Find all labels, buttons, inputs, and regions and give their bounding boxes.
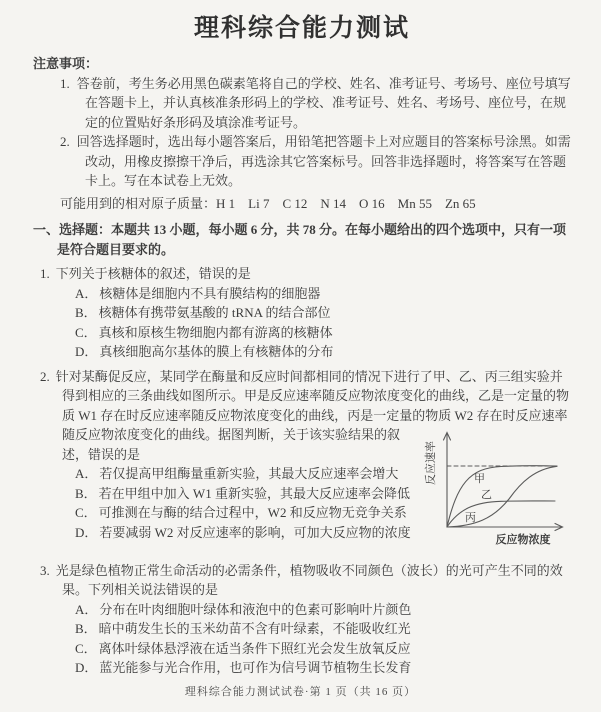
- question-number: 2.: [40, 369, 50, 384]
- option-b: B．核糖体有携带氨基酸的 tRNA 的结合部位: [100, 303, 571, 323]
- option-a: A．分布在叶肉细胞叶绿体和液泡中的色素可影响叶片颜色: [100, 600, 571, 620]
- question-stem-text: 下列关于核糖体的叙述，错误的是: [56, 266, 251, 281]
- option-text: 可推测在与酶的结合过程中，W2 和反应物无竞争关系: [99, 505, 407, 520]
- option-c: C．离体叶绿体悬浮液在适当条件下照红光会发生放氧反应: [100, 639, 571, 659]
- option-text: 若在甲组中加入 W1 重新实验，其最大反应速率会降低: [99, 486, 410, 501]
- notice-item-number: 2.: [60, 134, 70, 149]
- question-stem: 3.光是绿色植物正常生命活动的必需条件，植物吸收不同颜色（波长）的光可产生不同的…: [62, 561, 571, 600]
- x-axis-label: 反应物浓度: [496, 532, 551, 546]
- question-stem: 2.针对某酶促反应，某同学在酶量和反应时间都相同的情况下进行了甲、乙、丙三组实验…: [62, 367, 571, 465]
- curve-label-yi: 乙: [481, 488, 492, 501]
- y-axis-label: 反应速率: [423, 441, 437, 485]
- option-label: C．: [75, 505, 97, 520]
- option-label: B．: [75, 621, 97, 636]
- option-text: 核糖体是细胞内不具有膜结构的细胞器: [99, 286, 320, 301]
- question-stem-text: 光是绿色植物正常生命活动的必需条件，植物吸收不同颜色（波长）的光可产生不同的效果…: [56, 563, 563, 598]
- section-heading: 一、选择题：本题共 13 小题，每小题 6 分，共 78 分。在每小题给出的四个…: [33, 220, 571, 259]
- question-1: 1.下列关于核糖体的叙述，错误的是 A．核糖体是细胞内不具有膜结构的细胞器 B．…: [33, 264, 571, 362]
- question-number: 1.: [40, 266, 50, 281]
- question-3: 3.光是绿色植物正常生命活动的必需条件，植物吸收不同颜色（波长）的光可产生不同的…: [33, 561, 571, 678]
- option-d: D．蓝光能参与光合作用，也可作为信号调节植物生长发育: [100, 658, 571, 678]
- question-stem: 1.下列关于核糖体的叙述，错误的是: [62, 264, 571, 284]
- notice-heading: 注意事项：: [33, 54, 571, 74]
- option-text: 真核细胞高尔基体的膜上有核糖体的分布: [99, 344, 333, 359]
- option-label: A．: [75, 286, 97, 301]
- option-label: A．: [75, 602, 97, 617]
- question-number: 3.: [40, 563, 50, 578]
- notice-section: 注意事项： 1.答卷前，考生务必用黑色碳素笔将自己的学校、姓名、准考证号、考场号…: [33, 54, 571, 213]
- option-label: B．: [75, 305, 97, 320]
- atomic-masses-line: 可能用到的相对原子质量：H 1 Li 7 C 12 N 14 O 16 Mn 5…: [60, 194, 571, 214]
- page-footer: 理科综合能力测试试卷·第 1 页（共 16 页）: [0, 685, 601, 699]
- notice-item-number: 1.: [60, 76, 70, 91]
- option-text: 暗中萌发生长的玉米幼苗不含有叶绿素，不能吸收红光: [99, 621, 411, 636]
- option-text: 离体叶绿体悬浮液在适当条件下照红光会发生放氧反应: [99, 641, 411, 656]
- curve-jia: [447, 466, 557, 527]
- option-text: 蓝光能参与光合作用，也可作为信号调节植物生长发育: [99, 660, 411, 675]
- curve-label-jia: 甲: [474, 472, 485, 485]
- option-text: 若仅提高甲组酶量重新实验，其最大反应速率会增大: [99, 466, 398, 481]
- option-c: C．真核和原核生物细胞内都有游离的核糖体: [100, 323, 571, 343]
- option-label: D．: [75, 660, 97, 675]
- exam-page: 理科综合能力测试 注意事项： 1.答卷前，考生务必用黑色碳素笔将自己的学校、姓名…: [0, 0, 601, 712]
- option-text: 真核和原核生物细胞内都有游离的核糖体: [99, 325, 333, 340]
- curve-yi: [447, 501, 555, 527]
- option-label: C．: [75, 641, 97, 656]
- option-label: D．: [75, 525, 97, 540]
- enzyme-rate-figure: 甲 乙 丙 反应速率 反应物浓度: [421, 427, 571, 559]
- option-d: D．真核细胞高尔基体的膜上有核糖体的分布: [100, 342, 571, 362]
- option-text: 若要减弱 W2 对反应速率的影响，可加大反应物的浓度: [99, 525, 410, 540]
- option-label: A．: [75, 466, 97, 481]
- option-b: B．暗中萌发生长的玉米幼苗不含有叶绿素，不能吸收红光: [100, 619, 571, 639]
- curve-bing: [447, 466, 557, 527]
- figure-svg: 甲 乙 丙 反应速率 反应物浓度: [421, 427, 571, 553]
- notice-item-text: 答卷前，考生务必用黑色碳素笔将自己的学校、姓名、准考证号、考场号、座位号填写在答…: [77, 76, 571, 130]
- option-a: A．核糖体是细胞内不具有膜结构的细胞器: [100, 284, 571, 304]
- notice-item-text: 回答选择题时，选出每小题答案后，用铅笔把答题卡上对应题目的答案标号涂黑。如需改动…: [77, 134, 571, 188]
- notice-item-1: 1.答卷前，考生务必用黑色碳素笔将自己的学校、姓名、准考证号、考场号、座位号填写…: [85, 74, 571, 133]
- option-label: B．: [75, 486, 97, 501]
- option-label: D．: [75, 344, 97, 359]
- option-label: C．: [75, 325, 97, 340]
- option-text: 核糖体有携带氨基酸的 tRNA 的结合部位: [99, 305, 331, 320]
- page-title: 理科综合能力测试: [33, 12, 571, 46]
- question-2: 2.针对某酶促反应，某同学在酶量和反应时间都相同的情况下进行了甲、乙、丙三组实验…: [33, 367, 571, 543]
- notice-item-2: 2.回答选择题时，选出每小题答案后，用铅笔把答题卡上对应题目的答案标号涂黑。如需…: [85, 132, 571, 191]
- option-text: 分布在叶肉细胞叶绿体和液泡中的色素可影响叶片颜色: [99, 602, 411, 617]
- curve-label-bing: 丙: [465, 511, 476, 524]
